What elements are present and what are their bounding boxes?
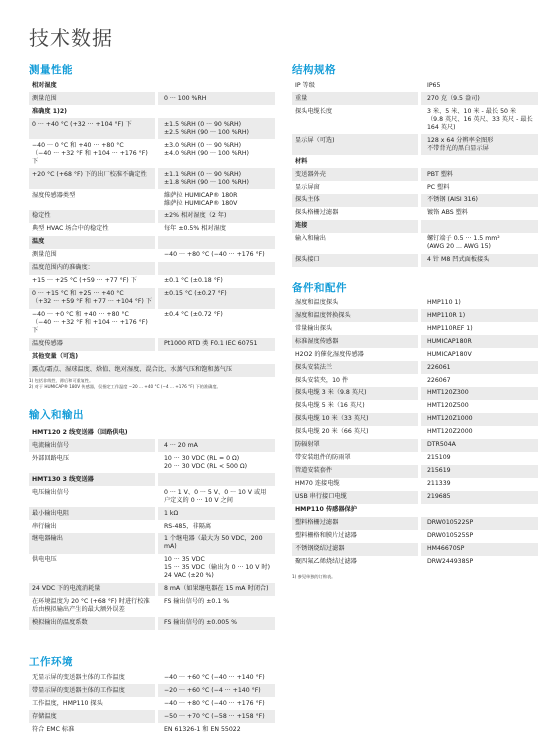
table-row: 无显示屏的变送器主体的工作温度−40 ··· +60 °C (−40 ··· +… — [29, 671, 275, 684]
spec-label: 露点/霜点、湿球温度、焓值、绝对湿度、混合比、水蒸气压和饱和蒸气压 — [29, 364, 275, 377]
spec-value: 不锈钢 (AISI 316) — [418, 194, 538, 207]
spec-label: H2O2 的催化湿度传感器 — [292, 348, 418, 361]
spec-label: 典型 HVAC 场合中的稳定性 — [29, 223, 155, 236]
spec-value: 211339 — [418, 478, 538, 491]
spec-value: ±0.15 °C (±0.27 °F) — [155, 288, 275, 309]
measurement-footnotes: 1) 包括非线性、滞后和可重复性。 2) 对于 HUMICAP® 180V 传感… — [29, 378, 221, 389]
spec-value: DRW010525SP — [418, 530, 538, 543]
spec-value: 8 mA（如果继电器在 15 mA 时闭合) — [155, 583, 275, 596]
environment-table: 无显示屏的变送器主体的工作温度−40 ··· +60 °C (−40 ··· +… — [29, 671, 275, 736]
table-row: 塑料格栅过滤器DRW010522SP — [292, 517, 538, 530]
spec-value: 4 针 M8 凹式面板接头 — [418, 254, 538, 267]
spec-value: −20 ··· +60 °C (−4 ··· +140 °F) — [155, 684, 275, 697]
spec-value: 219685 — [418, 491, 538, 504]
io-table: HMT120 2 线变送器（回路供电)电流输出信号4 ··· 20 mA外部回路… — [29, 426, 275, 630]
table-row: 电流输出信号4 ··· 20 mA — [29, 439, 275, 452]
measurement-table: 相对湿度测量范围0 ··· 100 %RH准确度 1)2)0 ··· +40 °… — [29, 79, 275, 377]
table-row: 管道安装套件215619 — [292, 465, 538, 478]
spec-value: EN 61326-1 和 EN 55022 — [155, 723, 275, 736]
spec-label: 标准湿度传感器 — [292, 335, 418, 348]
spec-value: Pt1000 RTD 类 F0.1 IEC 60751 — [155, 338, 275, 351]
table-row: 探头电缆 10 米（33 英尺)HMT120Z1000 — [292, 413, 538, 426]
spec-value: DRW244938SP — [418, 556, 538, 569]
spec-label: 继电器输出 — [29, 533, 155, 554]
spec-value: −40 ··· +80 °C (−40 ··· +176 °F) — [155, 249, 275, 262]
spec-label: 连接 — [292, 220, 418, 233]
spec-label: 稳定性 — [29, 210, 155, 223]
spec-label: 带安装组件的防雨罩 — [292, 452, 418, 465]
spec-value: 215109 — [418, 452, 538, 465]
table-row: 探头电缆 3 米（9.8 英尺)HMT120Z300 — [292, 387, 538, 400]
table-row: 探头电缆长度3 米、5 米、10 米 - 最长 50 米 （9.8 英尺、16 … — [292, 105, 538, 134]
spec-label: 在环境温度为 20 °C (+68 °F) 时进行校准后由模拟输出产生的最大额外… — [29, 596, 155, 617]
spec-label: 供电电压 — [29, 554, 155, 583]
spec-value: HMT120Z2000 — [418, 426, 538, 439]
spec-label: 探头电缆 3 米（9.8 英尺) — [292, 387, 418, 400]
spec-value: ±1.5 %RH (0 ··· 90 %RH) ±2.5 %RH (90 ···… — [155, 118, 275, 139]
table-row: +15 ··· +25 °C (+59 ··· +77 °F) 下±0.1 °C… — [29, 275, 275, 288]
table-row: 带显示屏的变送器主体的工作温度−20 ··· +60 °C (−4 ··· +1… — [29, 684, 275, 697]
spec-label: 温度传感器 — [29, 338, 155, 351]
accessories-table: 湿度和温度探头HMP110 1)湿度和温度替换探头HMP110R 1)常量输出探… — [292, 296, 538, 569]
spec-label: 外部回路电压 — [29, 452, 155, 473]
spec-value — [155, 473, 275, 486]
table-row: 防辐射罩DTR504A — [292, 439, 538, 452]
table-row: 温度传感器Pt1000 RTD 类 F0.1 IEC 60751 — [29, 338, 275, 351]
table-row: 其他变量（可选) — [29, 351, 275, 364]
spec-value: HMT120Z500 — [418, 400, 538, 413]
spec-label: 符合 EMC 标准 — [29, 723, 155, 736]
spec-value — [155, 79, 275, 92]
table-row: 稳定性±2% 相对湿度（2 年) — [29, 210, 275, 223]
spec-label: HM70 连接电缆 — [292, 478, 418, 491]
spec-value: 每年 ±0.5% 相对湿度 — [155, 223, 275, 236]
spec-label: 带显示屏的变送器主体的工作温度 — [29, 684, 155, 697]
spec-value: 226061 — [418, 361, 538, 374]
spec-label: 模拟输出的温度系数 — [29, 617, 155, 630]
spec-value: HM46670SP — [418, 543, 538, 556]
spec-value: ±3.0 %RH (0 ··· 90 %RH) ±4.0 %RH (90 ···… — [155, 139, 275, 168]
spec-value: 1 个继电器（最大为 50 VDC，200 mA) — [155, 533, 275, 554]
table-row: 材料 — [292, 155, 538, 168]
section-title-mechanical: 结构规格 — [292, 62, 336, 77]
table-row: 电压输出信号0 ··· 1 V、0 ··· 5 V、0 ··· 10 V 或用户… — [29, 486, 275, 507]
spec-label: 防辐射罩 — [292, 439, 418, 452]
table-row: 温度范围内的准确度： — [29, 262, 275, 275]
spec-value: −40 ··· +80 °C (−40 ··· +176 °F) — [155, 697, 275, 710]
spec-value: ±2% 相对湿度（2 年) — [155, 210, 275, 223]
table-row: 探头安装夹，10 件226067 — [292, 374, 538, 387]
spec-label: 塑料栅格和膜片过滤器 — [292, 530, 418, 543]
spec-label: −40 ··· +0 °C 和 +40 ··· +80 °C （−40 ··· … — [29, 309, 155, 338]
table-row: 供电电压10 ··· 35 VDC 15 ··· 35 VDC（输出为 0 ··… — [29, 554, 275, 583]
spec-label: 无显示屏的变送器主体的工作温度 — [29, 671, 155, 684]
table-row: HMP110 传感器保护 — [292, 504, 538, 517]
spec-value: RS-485，非隔离 — [155, 520, 275, 533]
spec-value: ±0.4 °C (±0.72 °F) — [155, 309, 275, 338]
table-row: 湿度传感器类型維萨拉 HUMICAP® 180R 維萨拉 HUMICAP® 18… — [29, 189, 275, 210]
table-row: 湿度和温度替换探头HMP110R 1) — [292, 309, 538, 322]
spec-value: 4 ··· 20 mA — [155, 439, 275, 452]
spec-value: 維萨拉 HUMICAP® 180R 維萨拉 HUMICAP® 180V — [155, 189, 275, 210]
table-row: 塑料栅格和膜片过滤器DRW010525SP — [292, 530, 538, 543]
table-row: 测量范围−40 ··· +80 °C (−40 ··· +176 °F) — [29, 249, 275, 262]
table-row: 24 VDC 下的电流消耗量8 mA（如果继电器在 15 mA 时闭合) — [29, 583, 275, 596]
table-row: 不锈钢烧结过滤器HM46670SP — [292, 543, 538, 556]
footnote-2: 2) 对于 HUMICAP® 180V 传感器，仅指定工作温度 −20 ... … — [29, 384, 221, 390]
table-row: 外部回路电压10 ··· 30 VDC (RL = 0 Ω) 20 ··· 30… — [29, 452, 275, 473]
table-row: 相对湿度 — [29, 79, 275, 92]
table-row: 串行输出RS-485，非隔离 — [29, 520, 275, 533]
spec-label: 重量 — [292, 92, 418, 105]
spec-label: HMP110 传感器保护 — [292, 504, 418, 517]
accessories-footnotes: 1) 参见单独的订购表。 — [292, 574, 335, 580]
spec-value: 3 米、5 米、10 米 - 最长 50 米 （9.8 英尺、16 英尺、33 … — [418, 105, 538, 134]
spec-value: 270 克（9.5 盎司) — [418, 92, 538, 105]
table-row: 准确度 1)2) — [29, 105, 275, 118]
section-title-io: 输入和输出 — [29, 407, 84, 422]
spec-label: +20 °C (+68 °F) 下的出厂校准不确定性 — [29, 168, 155, 189]
spec-label: 探头格栅过滤器 — [292, 207, 418, 220]
spec-value — [418, 220, 538, 233]
table-row: IP 等级IP65 — [292, 79, 538, 92]
table-row: 常量输出探头HMP110REF 1) — [292, 322, 538, 335]
spec-label: 存储温度 — [29, 710, 155, 723]
mechanical-table: IP 等级IP65重量270 克（9.5 盎司)探头电缆长度3 米、5 米、10… — [292, 79, 538, 267]
table-row: 重量270 克（9.5 盎司) — [292, 92, 538, 105]
table-row: 带安装组件的防雨罩215109 — [292, 452, 538, 465]
spec-label: +15 ··· +25 °C (+59 ··· +77 °F) 下 — [29, 275, 155, 288]
spec-value: HUMICAP180V — [418, 348, 538, 361]
table-row: 输入和输出螺钉端子 0.5 ··· 1.5 mm² (AWG 20 ... AW… — [292, 233, 538, 254]
spec-label: 材料 — [292, 155, 418, 168]
spec-label: HMT130 3 线变送器 — [29, 473, 155, 486]
table-row: 湿度和温度探头HMP110 1) — [292, 296, 538, 309]
table-row: 存储温度−50 ··· +70 °C (−58 ··· +158 °F) — [29, 710, 275, 723]
spec-value: ±0.1 °C (±0.18 °F) — [155, 275, 275, 288]
spec-label: 显示屏（可选) — [292, 134, 418, 155]
table-row: USB 串行接口电缆219685 — [292, 491, 538, 504]
spec-value — [418, 155, 538, 168]
table-row: 聚四氟乙烯烧结过滤器DRW244938SP — [292, 556, 538, 569]
table-row: 标准湿度传感器HUMICAP180R — [292, 335, 538, 348]
section-title-accessories: 备件和配件 — [292, 280, 347, 295]
spec-label: 0 ··· +40 °C (+32 ··· +104 °F) 下 — [29, 118, 155, 139]
spec-label: 探头主体 — [292, 194, 418, 207]
table-row: HMT120 2 线变送器（回路供电) — [29, 426, 275, 439]
table-row: 显示屏（可选)128 x 64 分辨率全图形 不带背光的黑白显示屏 — [292, 134, 538, 155]
spec-value: PC 塑料 — [418, 181, 538, 194]
spec-value — [155, 236, 275, 249]
spec-label: 24 VDC 下的电流消耗量 — [29, 583, 155, 596]
spec-label: 管道安装套件 — [292, 465, 418, 478]
spec-label: 测量范围 — [29, 92, 155, 105]
table-row: 探头格栅过滤器镀铬 ABS 塑料 — [292, 207, 538, 220]
table-row: 露点/霜点、湿球温度、焓值、绝对湿度、混合比、水蒸气压和饱和蒸气压 — [29, 364, 275, 377]
footnote-1: 1) 参见单独的订购表。 — [292, 574, 335, 580]
table-row: 探头电缆 5 米（16 英尺)HMT120Z500 — [292, 400, 538, 413]
spec-label: 常量输出探头 — [292, 322, 418, 335]
spec-label: 最小输出电阻 — [29, 507, 155, 520]
spec-label: 塑料格栅过滤器 — [292, 517, 418, 530]
spec-value: 226067 — [418, 374, 538, 387]
spec-value: −50 ··· +70 °C (−58 ··· +158 °F) — [155, 710, 275, 723]
spec-label: 不锈钢烧结过滤器 — [292, 543, 418, 556]
table-row: +20 °C (+68 °F) 下的出厂校准不确定性±1.1 %RH (0 ··… — [29, 168, 275, 189]
table-row: 典型 HVAC 场合中的稳定性每年 ±0.5% 相对湿度 — [29, 223, 275, 236]
spec-label: 串行输出 — [29, 520, 155, 533]
spec-label: 准确度 1)2) — [29, 105, 155, 118]
table-row: 0 ··· +40 °C (+32 ··· +104 °F) 下±1.5 %RH… — [29, 118, 275, 139]
table-row: 显示屏窗PC 塑料 — [292, 181, 538, 194]
spec-value: 10 ··· 30 VDC (RL = 0 Ω) 20 ··· 30 VDC (… — [155, 452, 275, 473]
spec-value — [155, 262, 275, 275]
table-row: 探头主体不锈钢 (AISI 316) — [292, 194, 538, 207]
table-row: 工作温度，HMP110 探头−40 ··· +80 °C (−40 ··· +1… — [29, 697, 275, 710]
page-title: 技术数据 — [29, 22, 113, 51]
spec-label: 湿度和温度探头 — [292, 296, 418, 309]
spec-label: 其他变量（可选) — [29, 351, 155, 364]
table-row: 在环境温度为 20 °C (+68 °F) 时进行校准后由模拟输出产生的最大额外… — [29, 596, 275, 617]
table-row: 模拟输出的温度系数FS 输出信号的 ±0.005 % — [29, 617, 275, 630]
spec-value — [155, 426, 275, 439]
spec-label: 温度 — [29, 236, 155, 249]
table-row: 探头安装法兰226061 — [292, 361, 538, 374]
spec-value: HMP110REF 1) — [418, 322, 538, 335]
spec-label: 温度范围内的准确度： — [29, 262, 155, 275]
spec-value: DRW010522SP — [418, 517, 538, 530]
spec-value: 镀铬 ABS 塑料 — [418, 207, 538, 220]
spec-label: 电压输出信号 — [29, 486, 155, 507]
spec-value: 0 ··· 1 V、0 ··· 5 V、0 ··· 10 V 或用户定义的 0 … — [155, 486, 275, 507]
spec-label: 0 ··· +15 °C 和 +25 ··· +40 °C （+32 ··· +… — [29, 288, 155, 309]
spec-value: 1 kΩ — [155, 507, 275, 520]
table-row: 符合 EMC 标准EN 61326-1 和 EN 55022 — [29, 723, 275, 736]
spec-label: 工作温度，HMP110 探头 — [29, 697, 155, 710]
table-row: 0 ··· +15 °C 和 +25 ··· +40 °C （+32 ··· +… — [29, 288, 275, 309]
spec-label: 探头电缆 5 米（16 英尺) — [292, 400, 418, 413]
spec-value: HMP110R 1) — [418, 309, 538, 322]
spec-label: 相对湿度 — [29, 79, 155, 92]
table-row: HM70 连接电缆211339 — [292, 478, 538, 491]
spec-value: IP65 — [418, 79, 538, 92]
spec-label: 湿度传感器类型 — [29, 189, 155, 210]
spec-label: 变送器外壳 — [292, 168, 418, 181]
spec-label: HMT120 2 线变送器（回路供电) — [29, 426, 155, 439]
spec-value: HMT120Z300 — [418, 387, 538, 400]
spec-label: 测量范围 — [29, 249, 155, 262]
spec-label: 探头电缆 10 米（33 英尺) — [292, 413, 418, 426]
table-row: HMT130 3 线变送器 — [29, 473, 275, 486]
table-row: 测量范围0 ··· 100 %RH — [29, 92, 275, 105]
spec-value: 215619 — [418, 465, 538, 478]
spec-label: 探头接口 — [292, 254, 418, 267]
table-row: H2O2 的催化湿度传感器HUMICAP180V — [292, 348, 538, 361]
section-title-measurement: 测量性能 — [29, 62, 73, 77]
spec-label: 探头电缆长度 — [292, 105, 418, 134]
table-row: 探头电缆 20 米（66 英尺)HMT120Z2000 — [292, 426, 538, 439]
spec-label: 显示屏窗 — [292, 181, 418, 194]
section-title-environment: 工作环境 — [29, 654, 73, 669]
spec-label: 聚四氟乙烯烧结过滤器 — [292, 556, 418, 569]
spec-value: HMP110 1) — [418, 296, 538, 309]
spec-value: HMT120Z1000 — [418, 413, 538, 426]
spec-value: 10 ··· 35 VDC 15 ··· 35 VDC（输出为 0 ··· 10… — [155, 554, 275, 583]
spec-label: 输入和输出 — [292, 233, 418, 254]
spec-value: 0 ··· 100 %RH — [155, 92, 275, 105]
spec-label: 探头电缆 20 米（66 英尺) — [292, 426, 418, 439]
spec-value: DTR504A — [418, 439, 538, 452]
spec-value — [418, 504, 538, 517]
spec-value: FS 输出信号的 ±0.005 % — [155, 617, 275, 630]
table-row: 最小输出电阻1 kΩ — [29, 507, 275, 520]
table-row: 温度 — [29, 236, 275, 249]
spec-value: HUMICAP180R — [418, 335, 538, 348]
spec-value — [155, 105, 275, 118]
spec-value: PBT 塑料 — [418, 168, 538, 181]
spec-value: FS 输出信号的 ±0.1 % — [155, 596, 275, 617]
spec-label: 探头安装法兰 — [292, 361, 418, 374]
table-row: −40 ··· +0 °C 和 +40 ··· +80 °C （−40 ··· … — [29, 309, 275, 338]
table-row: 变送器外壳PBT 塑料 — [292, 168, 538, 181]
spec-label: USB 串行接口电缆 — [292, 491, 418, 504]
spec-value: 螺钉端子 0.5 ··· 1.5 mm² (AWG 20 ... AWG 15) — [418, 233, 538, 254]
spec-label: 电流输出信号 — [29, 439, 155, 452]
spec-value — [155, 351, 275, 364]
spec-label: IP 等级 — [292, 79, 418, 92]
table-row: 连接 — [292, 220, 538, 233]
spec-label: 探头安装夹，10 件 — [292, 374, 418, 387]
table-row: 探头接口4 针 M8 凹式面板接头 — [292, 254, 538, 267]
spec-label: −40 ··· 0 °C 和 +40 ··· +80 °C （−40 ··· +… — [29, 139, 155, 168]
table-row: −40 ··· 0 °C 和 +40 ··· +80 °C （−40 ··· +… — [29, 139, 275, 168]
table-row: 继电器输出1 个继电器（最大为 50 VDC，200 mA) — [29, 533, 275, 554]
spec-value: 128 x 64 分辨率全图形 不带背光的黑白显示屏 — [418, 134, 538, 155]
spec-value: −40 ··· +60 °C (−40 ··· +140 °F) — [155, 671, 275, 684]
spec-value: ±1.1 %RH (0 ··· 90 %RH) ±1.8 %RH (90 ···… — [155, 168, 275, 189]
spec-label: 湿度和温度替换探头 — [292, 309, 418, 322]
